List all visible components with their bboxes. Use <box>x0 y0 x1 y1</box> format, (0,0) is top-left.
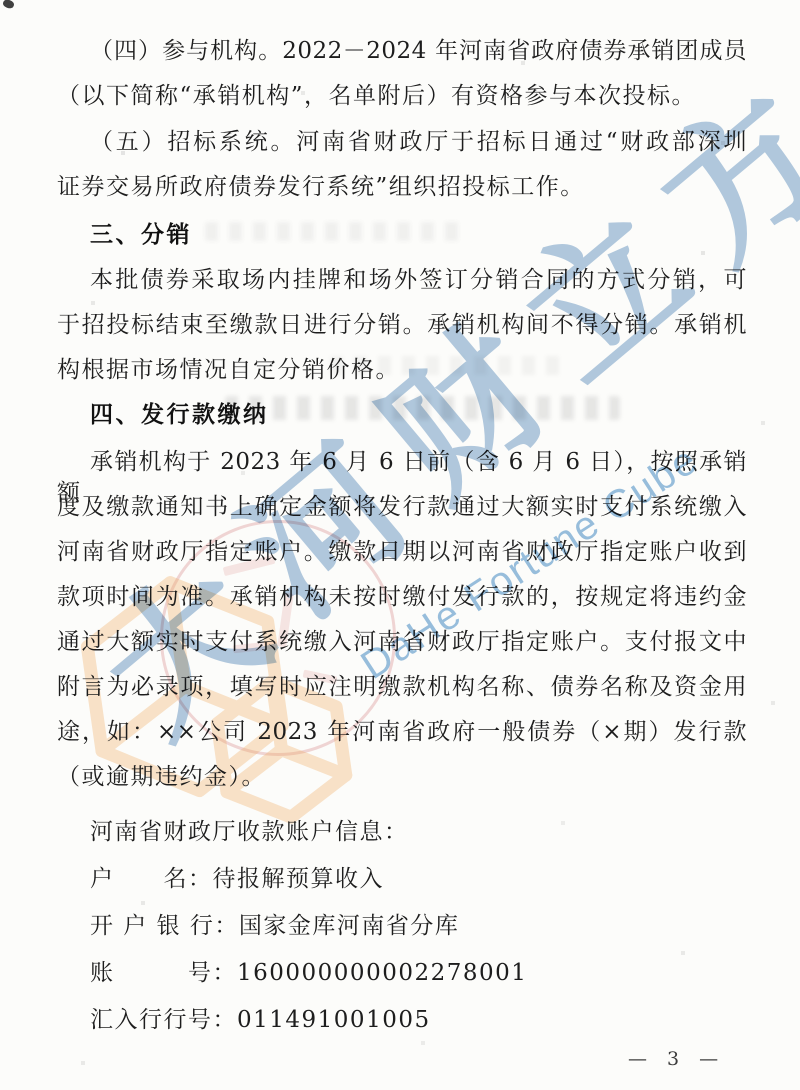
section-heading-distribution: 三、分销 <box>57 219 747 250</box>
paragraph-line: （或逾期违约金）。 <box>57 762 747 793</box>
paragraph-line: （五）招标系统。河南省财政厅于招标日通过“财政部深圳 <box>57 127 747 158</box>
scan-artifact-corner <box>2 0 15 10</box>
page-number: — 3 — <box>628 1048 725 1070</box>
bank-line: 开 户 银 行：国家金库河南省分库 <box>57 911 747 942</box>
account-holder-line: 户 名：待报解预算收入 <box>57 864 747 895</box>
scan-noise-specks <box>0 0 2 2</box>
paragraph-line: 度及缴款通知书上确定金额将发行款通过大额实时支付系统缴入 <box>57 492 747 523</box>
paragraph-line: 于招投标结束至缴款日进行分销。承销机构间不得分销。承销机 <box>57 310 747 341</box>
paragraph-line: 构根据市场情况自定分销价格。 <box>57 355 747 386</box>
paragraph-line: 证券交易所政府债券发行系统”组织招投标工作。 <box>57 172 747 203</box>
paragraph-line: （四）参与机构。2022－2024 年河南省政府债券承销团成员 <box>57 36 747 67</box>
paragraph-line: 附言为必录项，填写时应注明缴款机构名称、债券名称及资金用 <box>57 672 747 703</box>
account-info-heading-line: 河南省财政厅收款账户信息： <box>57 817 747 848</box>
account-number-line: 账 号：160000000002278001 <box>57 958 747 989</box>
document-page: 大 河 财 立 方 DaHe Fortune Cube （四）参与机构。2022… <box>0 0 800 1090</box>
paragraph-line: （以下简称“承销机构”，名单附后）有资格参与本次投标。 <box>57 81 747 112</box>
section-heading-payment: 四、发行款缴纳 <box>57 399 747 430</box>
routing-number-line: 汇入行行号：011491001005 <box>57 1005 747 1036</box>
paragraph-line: 通过大额实时支付系统缴入河南省财政厅指定账户。支付报文中 <box>57 627 747 658</box>
paragraph-line: 河南省财政厅指定账户。缴款日期以河南省财政厅指定账户收到 <box>57 537 747 568</box>
paragraph-line: 本批债券采取场内挂牌和场外签订分销合同的方式分销，可 <box>57 265 747 296</box>
paragraph-line: 途，如：××公司 2023 年河南省政府一般债券（×期）发行款 <box>57 717 747 748</box>
paragraph-line: 款项时间为准。承销机构未按时缴付发行款的，按规定将违约金 <box>57 582 747 613</box>
